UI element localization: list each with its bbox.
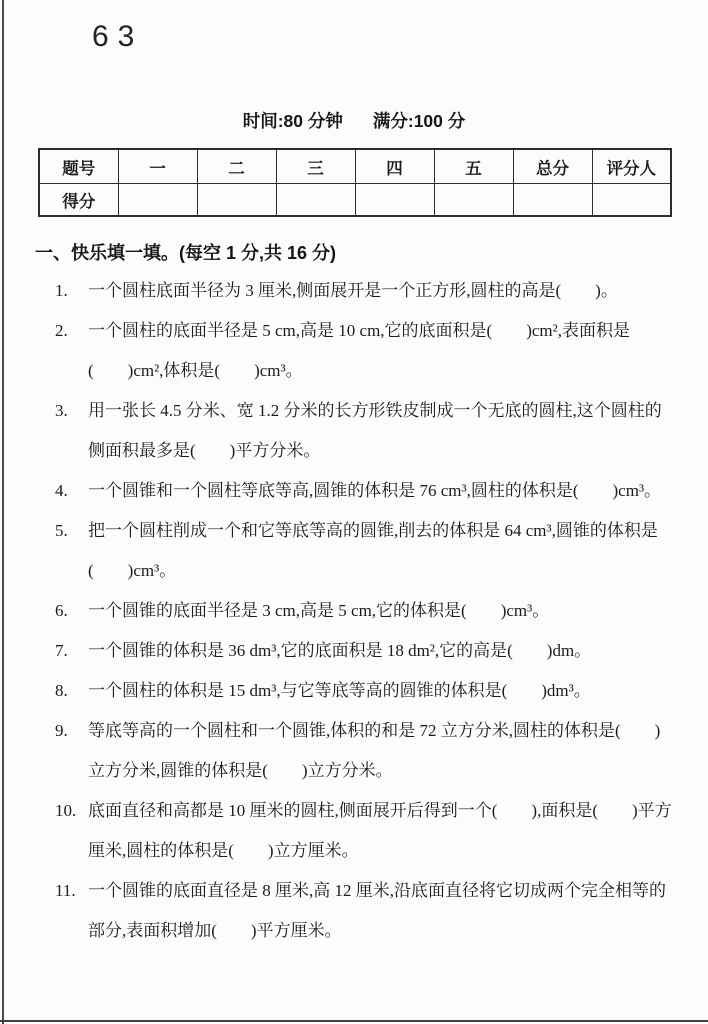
question-item: 4.一个圆锥和一个圆柱等底等高,圆锥的体积是 76 cm³,圆柱的体积是( )c… <box>35 471 672 511</box>
question-number: 1. <box>55 271 88 311</box>
question-text: 一个圆柱的体积是 15 dm³,与它等底等高的圆锥的体积是( )dm³。 <box>88 681 591 700</box>
exam-header: 时间:80 分钟 满分:100 分 <box>0 108 708 133</box>
question-number: 3. <box>55 391 88 431</box>
question-item: 1.一个圆柱底面半径为 3 厘米,侧面展开是一个正方形,圆柱的高是( )。 <box>35 271 672 311</box>
question-text: 一个圆锥的底面直径是 8 厘米,高 12 厘米,沿底面直径将它切成两个完全相等的… <box>88 881 666 940</box>
question-number: 9. <box>55 711 88 751</box>
question-item: 7.一个圆锥的体积是 36 dm³,它的底面积是 18 dm²,它的高是( )d… <box>35 631 672 671</box>
table-header-cell: 题号 <box>39 149 118 184</box>
score-table: 题号 一 二 三 四 五 总分 评分人 得分 <box>38 148 672 217</box>
question-text: 一个圆锥的体积是 36 dm³,它的底面积是 18 dm²,它的高是( )dm。 <box>88 641 591 660</box>
score-cell <box>434 184 513 217</box>
question-text: 一个圆锥的底面半径是 3 cm,高是 5 cm,它的体积是( )cm³。 <box>88 601 549 620</box>
table-header-cell: 三 <box>276 149 355 184</box>
question-item: 2.一个圆柱的底面半径是 5 cm,高是 10 cm,它的底面积是( )cm²,… <box>35 311 672 391</box>
score-cell <box>592 184 671 217</box>
page-edge-bottom <box>0 1020 708 1022</box>
score-cell <box>276 184 355 217</box>
score-cell <box>513 184 592 217</box>
table-header-cell: 一 <box>118 149 197 184</box>
question-number: 6. <box>55 591 88 631</box>
score-table-score-row: 得分 <box>39 184 671 217</box>
test-paper-page: 63 时间:80 分钟 满分:100 分 题号 一 二 三 四 五 总分 评分人… <box>0 0 708 1024</box>
question-text: 用一张长 4.5 分米、宽 1.2 分米的长方形铁皮制成一个无底的圆柱,这个圆柱… <box>88 401 662 460</box>
full-score-label: 满分:100 分 <box>373 108 465 133</box>
question-text: 等底等高的一个圆柱和一个圆锥,体积的和是 72 立方分米,圆柱的体积是( )立方… <box>88 721 660 780</box>
question-text: 底面直径和高都是 10 厘米的圆柱,侧面展开后得到一个( ),面积是( )平方厘… <box>88 801 672 860</box>
question-text: 把一个圆柱削成一个和它等底等高的圆锥,削去的体积是 64 cm³,圆锥的体积是(… <box>88 521 658 580</box>
score-cell <box>355 184 434 217</box>
time-limit-label: 时间:80 分钟 <box>243 108 343 133</box>
question-number: 11. <box>55 871 88 911</box>
page-edge-left <box>2 0 4 1024</box>
score-cell <box>197 184 276 217</box>
question-item: 5.把一个圆柱削成一个和它等底等高的圆锥,削去的体积是 64 cm³,圆锥的体积… <box>35 511 672 591</box>
question-item: 11.一个圆锥的底面直径是 8 厘米,高 12 厘米,沿底面直径将它切成两个完全… <box>35 871 672 951</box>
question-item: 8.一个圆柱的体积是 15 dm³,与它等底等高的圆锥的体积是( )dm³。 <box>35 671 672 711</box>
question-item: 9.等底等高的一个圆柱和一个圆锥,体积的和是 72 立方分米,圆柱的体积是( )… <box>35 711 672 791</box>
page-number: 63 <box>92 20 708 58</box>
question-number: 4. <box>55 471 88 511</box>
table-header-cell: 总分 <box>513 149 592 184</box>
table-header-cell: 四 <box>355 149 434 184</box>
question-number: 5. <box>55 511 88 551</box>
question-number: 7. <box>55 631 88 671</box>
question-item: 6.一个圆锥的底面半径是 3 cm,高是 5 cm,它的体积是( )cm³。 <box>35 591 672 631</box>
question-text: 一个圆柱底面半径为 3 厘米,侧面展开是一个正方形,圆柱的高是( )。 <box>88 281 618 300</box>
question-text: 一个圆柱的底面半径是 5 cm,高是 10 cm,它的底面积是( )cm²,表面… <box>88 321 630 380</box>
question-number: 10. <box>55 791 88 831</box>
table-header-cell: 五 <box>434 149 513 184</box>
score-cell <box>118 184 197 217</box>
score-table-header-row: 题号 一 二 三 四 五 总分 评分人 <box>39 149 671 184</box>
question-list: 1.一个圆柱底面半径为 3 厘米,侧面展开是一个正方形,圆柱的高是( )。 2.… <box>35 271 672 951</box>
question-item: 10.底面直径和高都是 10 厘米的圆柱,侧面展开后得到一个( ),面积是( )… <box>35 791 672 871</box>
question-item: 3.用一张长 4.5 分米、宽 1.2 分米的长方形铁皮制成一个无底的圆柱,这个… <box>35 391 672 471</box>
table-header-cell: 二 <box>197 149 276 184</box>
question-number: 2. <box>55 311 88 351</box>
score-row-label: 得分 <box>39 184 118 217</box>
section-title: 一、快乐填一填。(每空 1 分,共 16 分) <box>35 239 672 267</box>
question-text: 一个圆锥和一个圆柱等底等高,圆锥的体积是 76 cm³,圆柱的体积是( )cm³… <box>88 481 661 500</box>
question-number: 8. <box>55 671 88 711</box>
table-header-cell: 评分人 <box>592 149 671 184</box>
